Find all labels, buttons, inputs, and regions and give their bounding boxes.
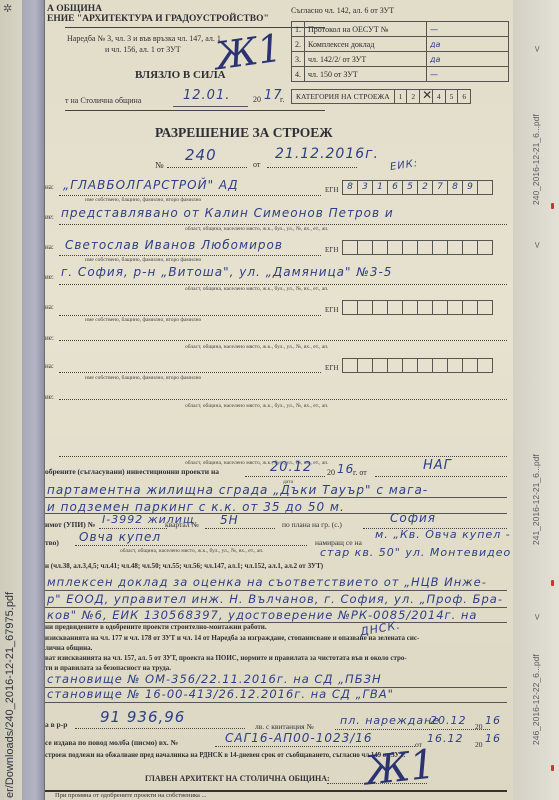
agreement-table: 1.Протокол на ОЕСУТ №— 2.Комплексен докл…	[291, 21, 509, 82]
bookmarks-bar: ккп и а - Google Тър http://rejrc.ec.eur…	[22, 0, 45, 800]
browser-left-edge: ✲ er/Downloads/240_2016-12-21_67975.pdf	[0, 0, 22, 800]
egn-boxes	[343, 240, 493, 255]
assessment-report: мплексен доклад за оценка на съответстви…	[47, 575, 487, 589]
pdf-icon	[551, 765, 554, 771]
signature: Ж1	[212, 26, 284, 79]
statement-1: становище № ОМ-356/22.11.2016г. на СД „П…	[47, 672, 382, 686]
permit-date: 21.12.2016г.	[275, 146, 379, 162]
appeal-text: строеж подлежи на обжалване пред начални…	[45, 752, 405, 759]
pdf-icon	[551, 203, 554, 209]
egn-boxes	[343, 358, 493, 373]
party-address: представлявано от Калин Симеонов Петров …	[61, 206, 394, 220]
agreement-title: Съгласно чл. 142, ал. 6 от ЗУТ	[291, 6, 394, 15]
table-row: 3.чл. 142/2/ от ЗУТда	[292, 52, 509, 67]
chevron-icon[interactable]: <	[533, 613, 543, 621]
category-label: КАТЕГОРИЯ НА СТРОЕЖА	[292, 90, 395, 104]
party-name: Светослав Иванов Любомиров	[65, 238, 283, 252]
party-address: г. София, р-н „Витоша", ул. „Дамяница" №…	[61, 265, 392, 279]
location-value: м. „Кв. Овча купел -	[375, 528, 511, 541]
receipt-number: пл. нареждане	[340, 714, 440, 727]
chevron-icon[interactable]: <	[533, 45, 543, 53]
category-selected: 3	[420, 90, 433, 104]
stamp-title: ВЛЯЗЛО В СИЛА	[135, 69, 226, 81]
chief-signature: Ж1	[363, 741, 438, 794]
download-path[interactable]: er/Downloads/240_2016-12-21_67975.pdf	[4, 592, 16, 798]
fee-amount: 91 936,96	[100, 708, 185, 726]
plan-value: София	[390, 511, 436, 525]
area-value: Овча купел	[79, 530, 161, 544]
table-row: 2.Комплексен докладда	[292, 37, 509, 52]
party-name: „ГЛАВБОЛГАРСТРОЙ" АД	[63, 178, 238, 192]
project-date: 20.12	[270, 460, 312, 475]
header-line1: А ОБЩИНА	[47, 4, 102, 14]
download-item[interactable]: 240_2016-12-21_6...pdf	[531, 114, 541, 205]
download-item[interactable]: 246_2016-12-22_6...pdf	[531, 654, 541, 745]
chevron-icon[interactable]: <	[533, 241, 543, 249]
category-table: КАТЕГОРИЯ НА СТРОЕЖА 1 2 3 4 5 6	[291, 89, 471, 104]
request-number: САГ16-АП00-1023/16	[225, 731, 373, 745]
chief-architect-label: ГЛАВЕН АРХИТЕКТ НА СТОЛИЧНА ОБЩИНА:	[145, 774, 330, 783]
project-description: партаментна жилищна сграда „Дъки Тауър" …	[47, 483, 428, 497]
table-row: 1.Протокол на ОЕСУТ №—	[292, 22, 509, 37]
egn-boxes	[343, 300, 493, 315]
star-icon[interactable]: ✲	[3, 2, 12, 15]
egn-boxes: 831652789	[343, 180, 493, 195]
table-row: 4.чл. 150 от ЗУТ—	[292, 67, 509, 82]
statement-2: становище № 16-00-413/26.12.2016г. на СД…	[47, 687, 394, 701]
pdf-page: А ОБЩИНА ЕНИЕ "АРХИТЕКТУРА И ГРАДОУСТРОЙ…	[45, 0, 514, 800]
project-by: НАГ	[423, 458, 452, 473]
in-force-stamp: Наредба № 3, чл. 3 и във връзка чл. 147,…	[65, 27, 325, 111]
header-line2: ЕНИЕ "АРХИТЕКТУРА И ГРАДОУСТРОЙСТВО"	[47, 14, 269, 24]
permit-number: 240	[185, 146, 217, 164]
document-title: РАЗРЕШЕНИЕ ЗА СТРОЕЖ	[155, 125, 333, 141]
pdf-icon	[551, 580, 554, 586]
download-item[interactable]: 241_2016-12-21_6...pdf	[531, 454, 541, 545]
block-value: 5Н	[220, 513, 239, 527]
downloads-panel: < 240_2016-12-21_6...pdf < 241_2016-12-2…	[513, 0, 559, 800]
stamp-date: 12.01.	[183, 88, 230, 103]
